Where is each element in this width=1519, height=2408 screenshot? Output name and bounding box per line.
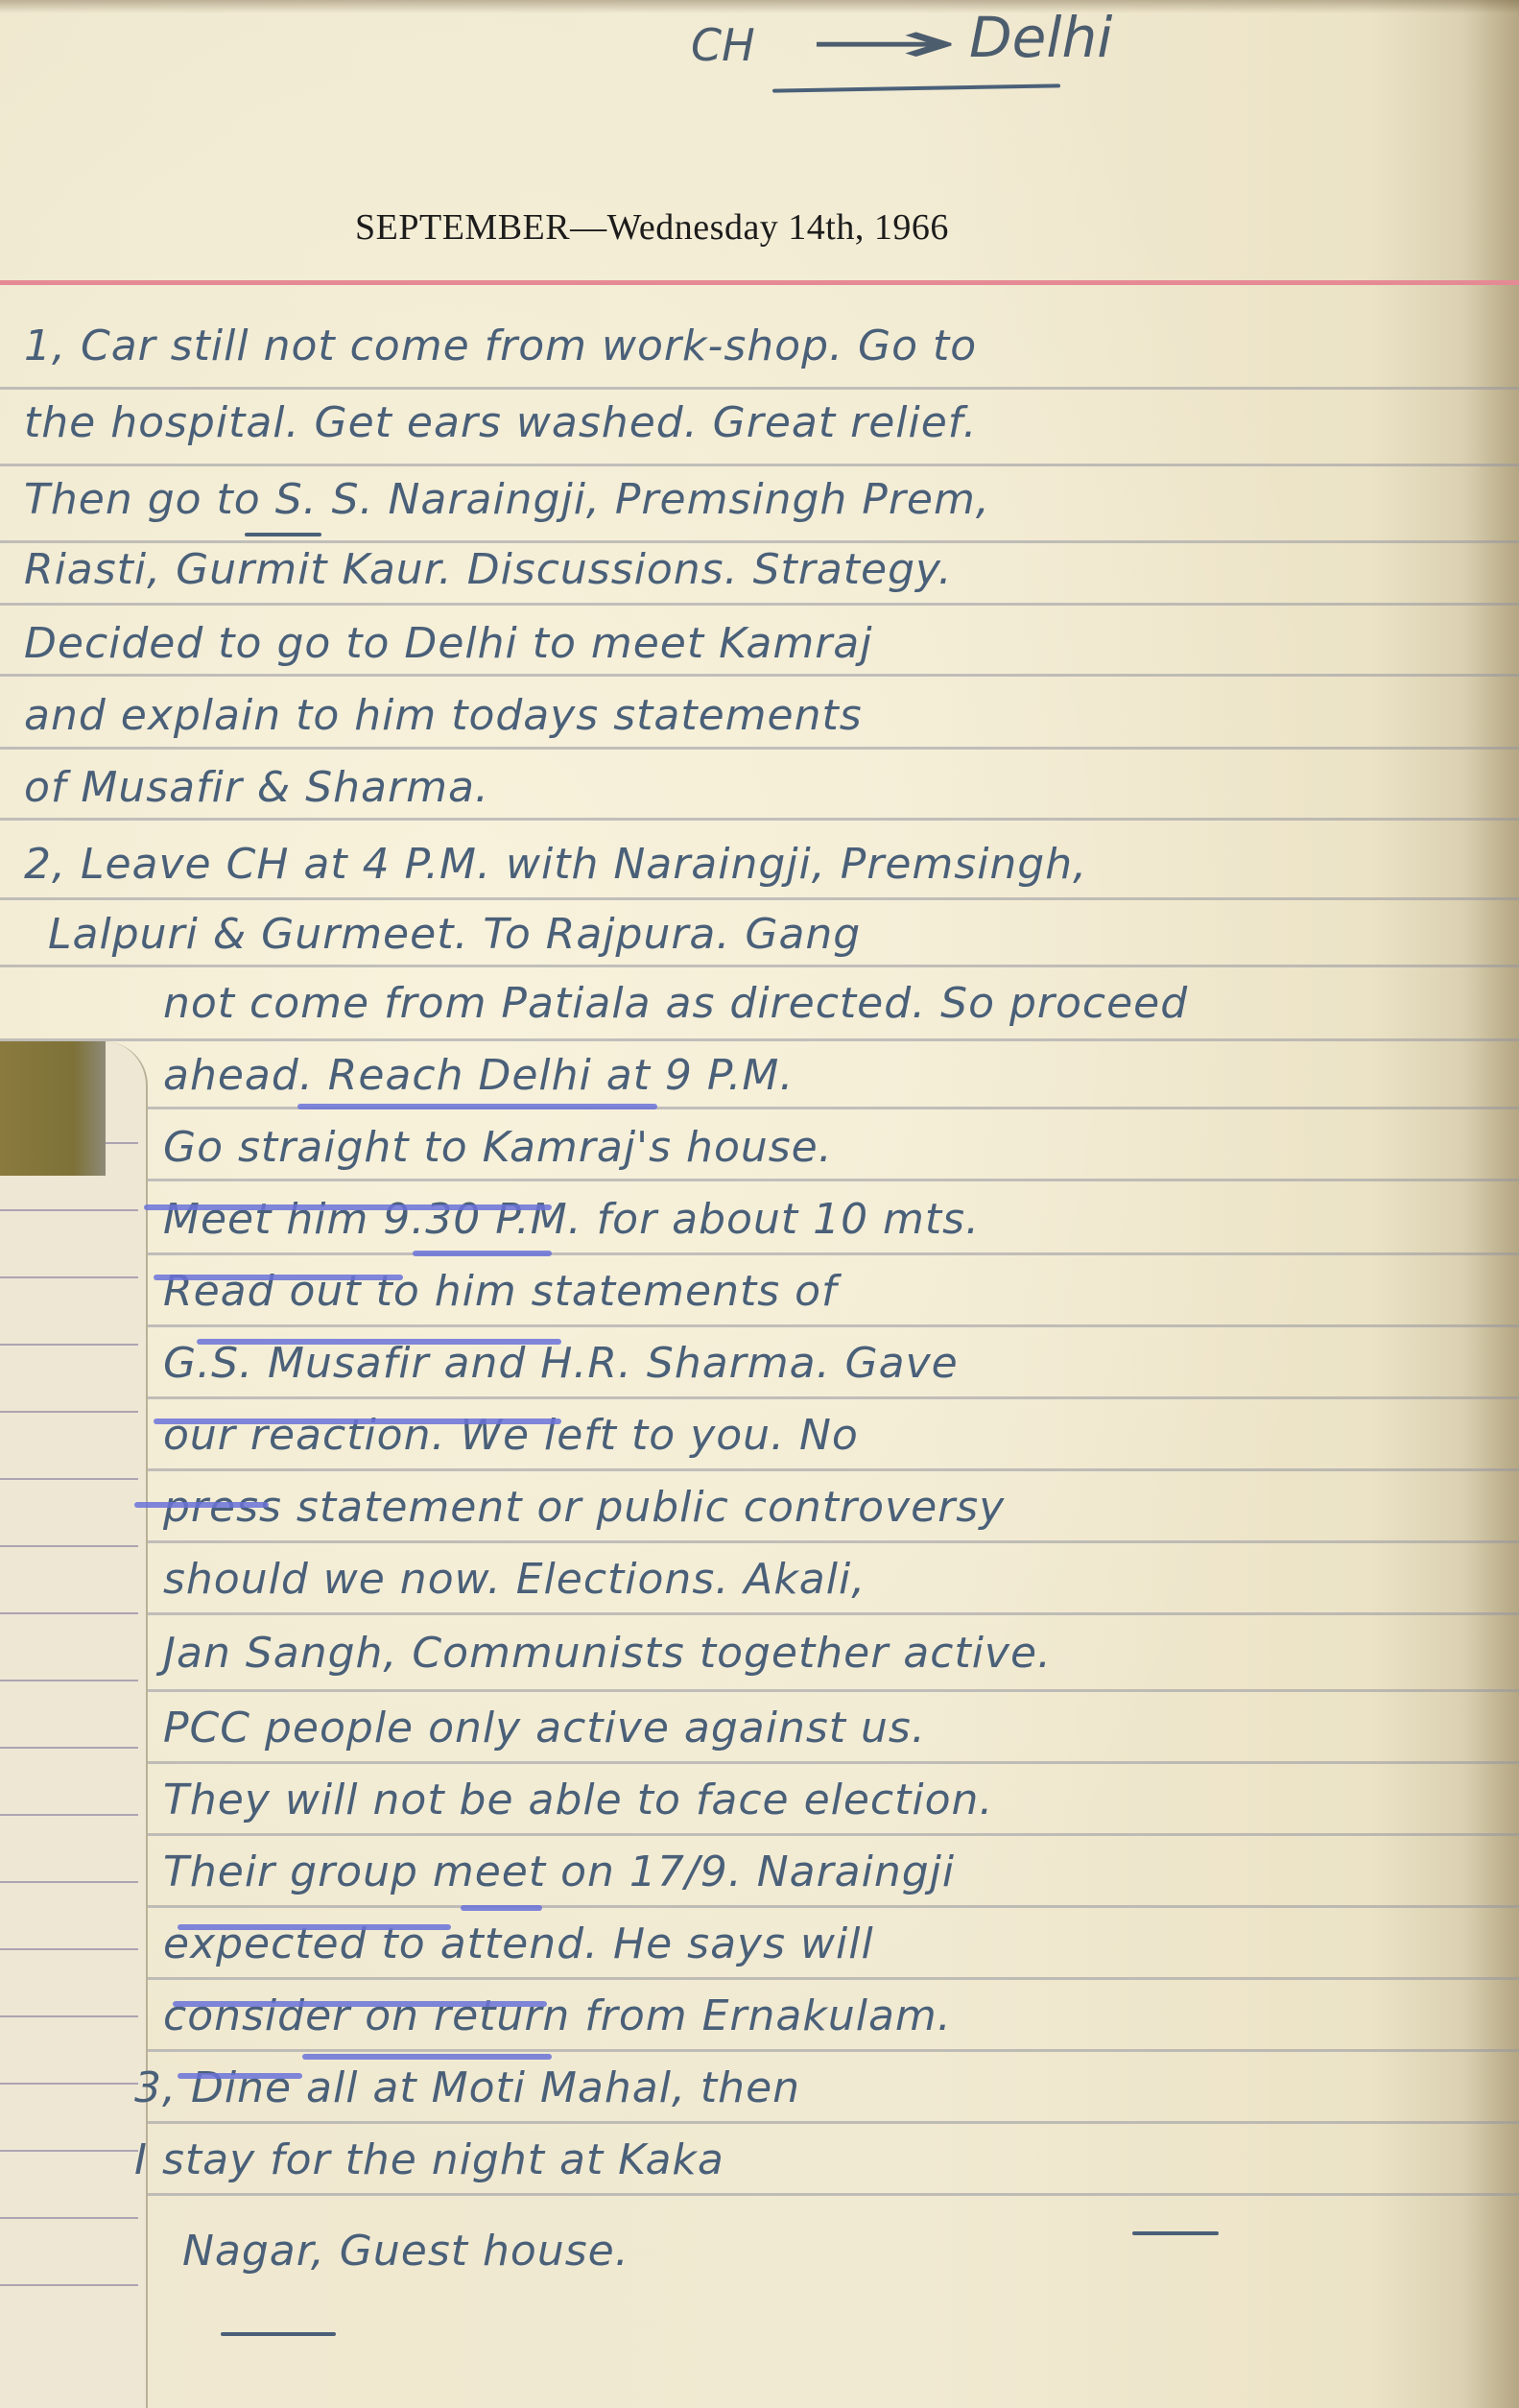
next-page-rule xyxy=(0,1478,138,1480)
ink-underline xyxy=(221,2332,336,2336)
blue-crayon-underline xyxy=(197,1339,561,1345)
next-page-rule xyxy=(0,1276,138,1278)
handwritten-line: Jan Sangh, Communists together active. xyxy=(163,1629,1052,1678)
handwritten-line: Decided to go to Delhi to meet Kamraj xyxy=(24,619,873,668)
diary-page: CH → Delhi SEPTEMBER—Wednesday 14th, 196… xyxy=(0,0,1519,2408)
ruled-line xyxy=(0,1540,1519,1543)
tab-cloth-strip xyxy=(0,1041,106,1176)
ruled-line xyxy=(0,897,1519,900)
page-tab-cutout xyxy=(0,1041,148,2408)
ruled-line xyxy=(0,1689,1519,1692)
ruled-line xyxy=(0,387,1519,390)
ruled-line xyxy=(0,1107,1519,1109)
handwritten-line: of Musafir & Sharma. xyxy=(24,763,489,812)
blue-crayon-underline xyxy=(297,1104,657,1109)
handwritten-line: consider on return from Ernakulam. xyxy=(163,1991,952,2040)
next-page-rule xyxy=(0,2284,138,2286)
handwritten-line: not come from Patiala as directed. So pr… xyxy=(163,979,1188,1028)
handwritten-line: press statement or public controversy xyxy=(163,1483,1005,1532)
ruled-line xyxy=(0,2121,1519,2124)
blue-crayon-underline xyxy=(154,1275,403,1280)
handwritten-line: I stay for the night at Kaka xyxy=(134,2135,724,2184)
ruled-line xyxy=(0,1324,1519,1327)
handwritten-line: 2, Leave CH at 4 P.M. with Naraingji, Pr… xyxy=(24,840,1087,889)
handwritten-line: Go straight to Kamraj's house. xyxy=(163,1123,833,1172)
arrow-icon: → xyxy=(806,10,961,77)
red-margin-rule xyxy=(0,280,1519,285)
next-page-rule xyxy=(0,2015,138,2017)
ruled-line xyxy=(0,1905,1519,1908)
handwritten-line: ahead. Reach Delhi at 9 P.M. xyxy=(163,1051,794,1100)
ruled-line xyxy=(0,464,1519,466)
next-page-rule xyxy=(0,1545,138,1547)
next-page-rule xyxy=(0,1948,138,1950)
handwritten-line: Their group meet on 17/9. Naraingji xyxy=(163,1848,955,1896)
blue-crayon-underline xyxy=(178,1924,451,1930)
ruled-line xyxy=(0,1468,1519,1471)
handwritten-line: Nagar, Guest house. xyxy=(182,2227,629,2276)
next-page-rule xyxy=(0,1209,138,1211)
ruled-line xyxy=(0,1612,1519,1615)
binding-gutter-shadow xyxy=(1461,0,1519,2408)
ruled-line xyxy=(0,603,1519,606)
next-page-rule xyxy=(0,1612,138,1614)
blue-crayon-underline xyxy=(144,1204,552,1210)
blue-crayon-underline xyxy=(178,2073,302,2079)
route-to: Delhi xyxy=(969,5,1112,70)
blue-crayon-underline xyxy=(413,1251,552,1256)
ink-underline xyxy=(245,533,321,536)
next-page-rule xyxy=(0,1747,138,1749)
route-annotation: CH → Delhi xyxy=(662,0,1372,125)
ruled-line xyxy=(0,540,1519,543)
ruled-line xyxy=(0,1761,1519,1764)
next-page-rule xyxy=(0,1411,138,1413)
route-from: CH xyxy=(691,19,755,71)
next-page-rule xyxy=(0,1881,138,1883)
ruled-line xyxy=(0,2049,1519,2052)
next-page-rule xyxy=(0,2150,138,2152)
handwritten-line: and explain to him todays statements xyxy=(24,691,863,740)
ruled-line xyxy=(0,747,1519,750)
handwritten-line: PCC people only active against us. xyxy=(163,1704,926,1752)
ruled-line xyxy=(0,1038,1519,1041)
ink-underline xyxy=(1132,2231,1219,2235)
handwritten-line: Meet him 9.30 P.M. for about 10 mts. xyxy=(163,1195,980,1244)
handwritten-line: should we now. Elections. Akali, xyxy=(163,1555,866,1604)
handwritten-line: 3, Dine all at Moti Mahal, then xyxy=(134,2063,800,2112)
handwritten-line: Lalpuri & Gurmeet. To Rajpura. Gang xyxy=(48,910,861,959)
route-underline xyxy=(772,83,1060,92)
handwritten-line: Riasti, Gurmit Kaur. Discussions. Strate… xyxy=(24,545,953,594)
blue-crayon-underline xyxy=(154,1419,561,1424)
ruled-line xyxy=(0,1179,1519,1181)
blue-crayon-underline xyxy=(134,1502,269,1508)
handwritten-line: They will not be able to face election. xyxy=(163,1776,993,1824)
blue-crayon-underline xyxy=(461,1905,542,1911)
ruled-line xyxy=(0,1252,1519,1255)
ruled-line xyxy=(0,965,1519,967)
blue-crayon-underline xyxy=(302,2054,552,2060)
handwritten-line: 1, Car still not come from work-shop. Go… xyxy=(24,322,977,370)
next-page-rule xyxy=(0,1680,138,1681)
ruled-line xyxy=(0,2193,1519,2196)
next-page-rule xyxy=(0,2083,138,2085)
ruled-line xyxy=(0,1396,1519,1399)
next-page-rule xyxy=(0,1814,138,1816)
handwritten-line: G.S. Musafir and H.R. Sharma. Gave xyxy=(163,1339,959,1388)
ruled-line xyxy=(0,674,1519,677)
handwritten-line: Then go to S. S. Naraingji, Premsingh Pr… xyxy=(24,475,990,524)
handwritten-line: the hospital. Get ears washed. Great rel… xyxy=(24,398,978,447)
ruled-line xyxy=(0,818,1519,821)
ruled-line xyxy=(0,1833,1519,1836)
next-page-rule xyxy=(0,1344,138,1346)
ruled-line xyxy=(0,1977,1519,1980)
next-page-rule xyxy=(0,2217,138,2219)
date-header: SEPTEMBER—Wednesday 14th, 1966 xyxy=(355,206,949,249)
blue-crayon-underline xyxy=(173,2001,547,2007)
